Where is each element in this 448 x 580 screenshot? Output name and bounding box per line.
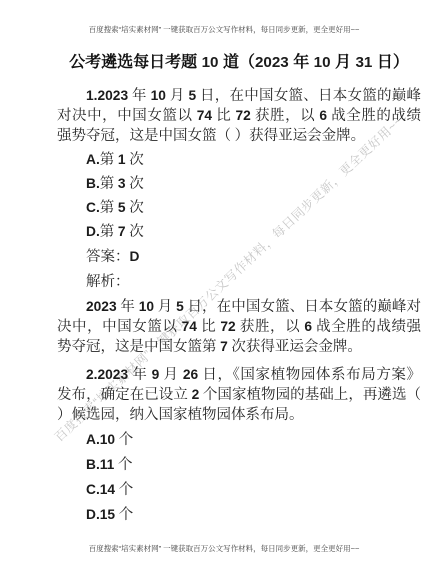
document-body: 公考遴选每日考题 10 道（2023 年 10 月 31 日） 1.2023 年… — [57, 52, 421, 525]
question-2-option-a: A.10 个 — [57, 430, 421, 450]
page-footer-note: 百度搜索“培实素材网” 一键获取百万公文写作材料，每日同步更新，更全更好用~~ — [0, 543, 448, 554]
question-2-option-b: B.11 个 — [57, 455, 421, 475]
question-1-option-a: A.第 1 次 — [57, 150, 421, 170]
question-1-stem: 1.2023 年 10 月 5 日，在中国女篮、日本女篮的巅峰对决中，中国女篮以… — [57, 86, 421, 146]
question-2-option-d: D.15 个 — [57, 505, 421, 525]
question-1-answer: 答案：D — [57, 247, 421, 267]
question-1-option-b: B.第 3 次 — [57, 174, 421, 194]
question-1-analysis: 2023 年 10 月 5 日，在中国女篮、日本女篮的巅峰对决中，中国女篮以 7… — [57, 297, 421, 357]
question-1-option-c: C.第 5 次 — [57, 198, 421, 218]
question-1-analysis-label: 解析： — [57, 272, 421, 292]
document-page: 百度搜索“培实素材网” 一键获取百万公文写作材料，每日同步更新，更全更好用~~ … — [0, 0, 448, 580]
document-title: 公考遴选每日考题 10 道（2023 年 10 月 31 日） — [57, 52, 421, 74]
question-2-stem: 2.2023 年 9 月 26 日，《国家植物园体系布局方案》发布，确定在已设立… — [57, 365, 421, 425]
question-1-option-d: D.第 7 次 — [57, 222, 421, 242]
question-2-option-c: C.14 个 — [57, 480, 421, 500]
page-header-note: 百度搜索“培实素材网” 一键获取百万公文写作材料，每日同步更新，更全更好用~~ — [0, 24, 448, 35]
